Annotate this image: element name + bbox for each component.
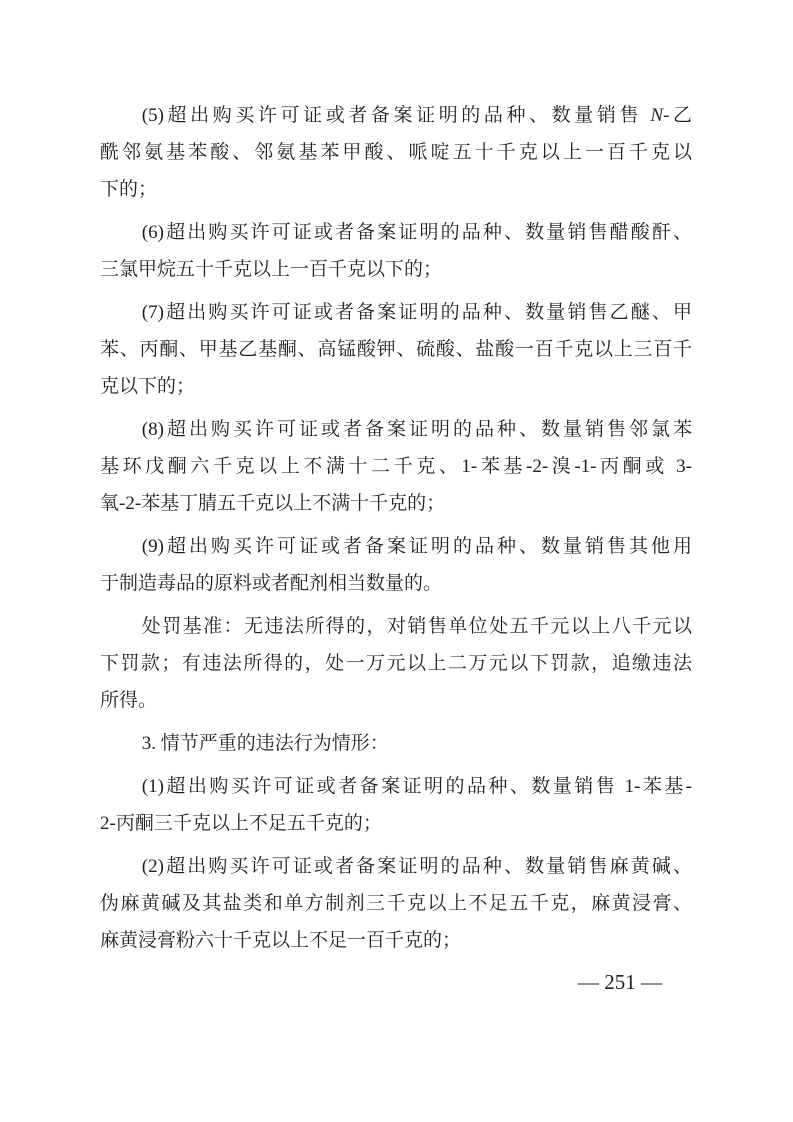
text-line: 处罚基准：无违法所得的，对销售单位处五千元以上八千元以 bbox=[100, 608, 692, 645]
page-footer: — 251 — bbox=[100, 968, 692, 996]
text-line: (2)超出购买许可证或者备案证明的品种、数量销售麻黄碱、 bbox=[100, 848, 692, 885]
text-line: 苯、丙酮、甲基乙基酮、高锰酸钾、硫酸、盐酸一百千克以上三百千 bbox=[100, 331, 692, 368]
text-line: (8)超出购买许可证或者备案证明的品种、数量销售邻氯苯 bbox=[100, 411, 692, 448]
paragraph: (9)超出购买许可证或者备案证明的品种、数量销售其他用于制造毒品的原料或者配剂相… bbox=[100, 528, 692, 602]
text-line: (6)超出购买许可证或者备案证明的品种、数量销售醋酸酐、 bbox=[100, 214, 692, 251]
text-line: 基环戊酮六千克以上不满十二千克、1-苯基-2-溴-1-丙酮或 3- bbox=[100, 448, 692, 485]
page-number: — 251 — bbox=[578, 970, 662, 994]
text-line: 麻黄浸膏粉六十千克以上不足一百千克的； bbox=[100, 922, 692, 959]
text-line: 于制造毒品的原料或者配剂相当数量的。 bbox=[100, 565, 692, 602]
text-line: 克以下的； bbox=[100, 368, 692, 405]
text-line: 伪麻黄碱及其盐类和单方制剂三千克以上不足五千克，麻黄浸膏、 bbox=[100, 885, 692, 922]
text-line: 下的； bbox=[100, 171, 692, 208]
text-line: 2-丙酮三千克以上不足五千克的； bbox=[100, 805, 692, 842]
paragraph: 处罚基准：无违法所得的，对销售单位处五千元以上八千元以下罚款；有违法所得的，处一… bbox=[100, 608, 692, 719]
text-line: 下罚款；有违法所得的，处一万元以上二万元以下罚款，追缴违法 bbox=[100, 645, 692, 682]
text-line: 3. 情节严重的违法行为情形： bbox=[100, 725, 692, 762]
text-line: 氧-2-苯基丁腈五千克以上不满十千克的； bbox=[100, 485, 692, 522]
text-line: (9)超出购买许可证或者备案证明的品种、数量销售其他用 bbox=[100, 528, 692, 565]
paragraph: (1)超出购买许可证或者备案证明的品种、数量销售 1-苯基-2-丙酮三千克以上不… bbox=[100, 768, 692, 842]
paragraph: (7)超出购买许可证或者备案证明的品种、数量销售乙醚、甲苯、丙酮、甲基乙基酮、高… bbox=[100, 294, 692, 405]
document-page: (5)超出购买许可证或者备案证明的品种、数量销售 N-乙酰邻氨基苯酸、邻氨基苯甲… bbox=[0, 0, 793, 1122]
text-line: (5)超出购买许可证或者备案证明的品种、数量销售 N-乙 bbox=[100, 97, 692, 134]
paragraph: (6)超出购买许可证或者备案证明的品种、数量销售醋酸酐、三氯甲烷五十千克以上一百… bbox=[100, 214, 692, 288]
paragraph: (5)超出购买许可证或者备案证明的品种、数量销售 N-乙酰邻氨基苯酸、邻氨基苯甲… bbox=[100, 97, 692, 208]
paragraph: 3. 情节严重的违法行为情形： bbox=[100, 725, 692, 762]
text-block: (5)超出购买许可证或者备案证明的品种、数量销售 N-乙酰邻氨基苯酸、邻氨基苯甲… bbox=[100, 97, 692, 959]
text-line: 酰邻氨基苯酸、邻氨基苯甲酸、哌啶五十千克以上一百千克以 bbox=[100, 134, 692, 171]
text-line: (1)超出购买许可证或者备案证明的品种、数量销售 1-苯基- bbox=[100, 768, 692, 805]
text-line: 三氯甲烷五十千克以上一百千克以下的； bbox=[100, 251, 692, 288]
paragraph: (8)超出购买许可证或者备案证明的品种、数量销售邻氯苯基环戊酮六千克以上不满十二… bbox=[100, 411, 692, 522]
text-line: (7)超出购买许可证或者备案证明的品种、数量销售乙醚、甲 bbox=[100, 294, 692, 331]
text-line: 所得。 bbox=[100, 682, 692, 719]
paragraph: (2)超出购买许可证或者备案证明的品种、数量销售麻黄碱、伪麻黄碱及其盐类和单方制… bbox=[100, 848, 692, 959]
